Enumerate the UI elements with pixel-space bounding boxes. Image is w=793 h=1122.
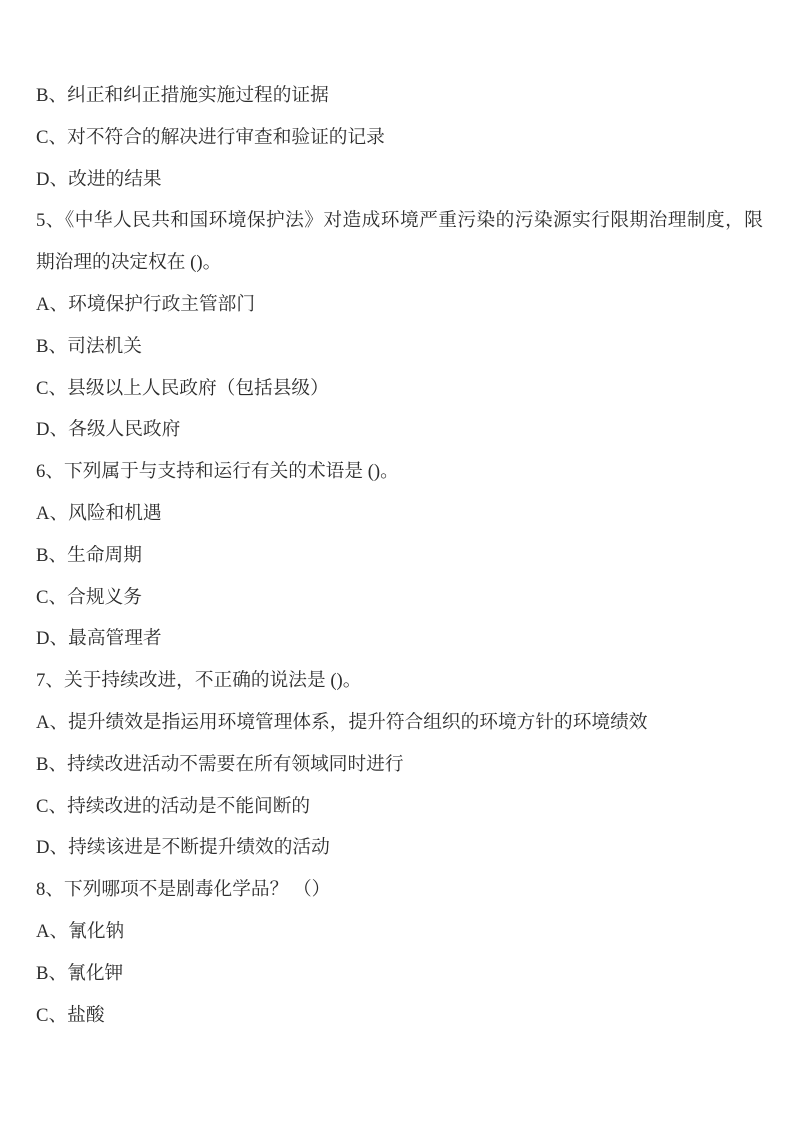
question-5-option-d: D、各级人民政府 (36, 409, 763, 451)
question-4-option-b: B、纠正和纠正措施实施过程的证据 (36, 75, 763, 117)
question-8-option-c: C、盐酸 (36, 995, 763, 1037)
question-8-option-a: A、氰化钠 (36, 911, 763, 953)
question-5-stem: 5、《中华人民共和国环境保护法》对造成环境严重污染的污染源实行限期治理制度，限期… (36, 200, 763, 284)
question-6-option-a: A、风险和机遇 (36, 493, 763, 535)
question-7-option-c: C、持续改进的活动是不能间断的 (36, 786, 763, 828)
question-7-option-b: B、持续改进活动不需要在所有领域同时进行 (36, 744, 763, 786)
question-5-option-b: B、司法机关 (36, 326, 763, 368)
question-7-stem: 7、关于持续改进，不正确的说法是 ()。 (36, 660, 763, 702)
question-6-stem: 6、下列属于与支持和运行有关的术语是 ()。 (36, 451, 763, 493)
question-7-option-a: A、提升绩效是指运用环境管理体系，提升符合组织的环境方针的环境绩效 (36, 702, 763, 744)
question-7-option-d: D、持续该进是不断提升绩效的活动 (36, 827, 763, 869)
question-8-stem: 8、下列哪项不是剧毒化学品？ （） (36, 869, 763, 911)
question-5-option-c: C、县级以上人民政府（包括县级） (36, 368, 763, 410)
question-6-option-d: D、最高管理者 (36, 618, 763, 660)
question-5-option-a: A、环境保护行政主管部门 (36, 284, 763, 326)
question-8-option-b: B、氰化钾 (36, 953, 763, 995)
document-page: B、纠正和纠正措施实施过程的证据 C、对不符合的解决进行审查和验证的记录 D、改… (0, 0, 793, 1122)
question-4-option-c: C、对不符合的解决进行审查和验证的记录 (36, 117, 763, 159)
question-4-option-d: D、改进的结果 (36, 159, 763, 201)
question-6-option-c: C、合规义务 (36, 577, 763, 619)
question-6-option-b: B、生命周期 (36, 535, 763, 577)
